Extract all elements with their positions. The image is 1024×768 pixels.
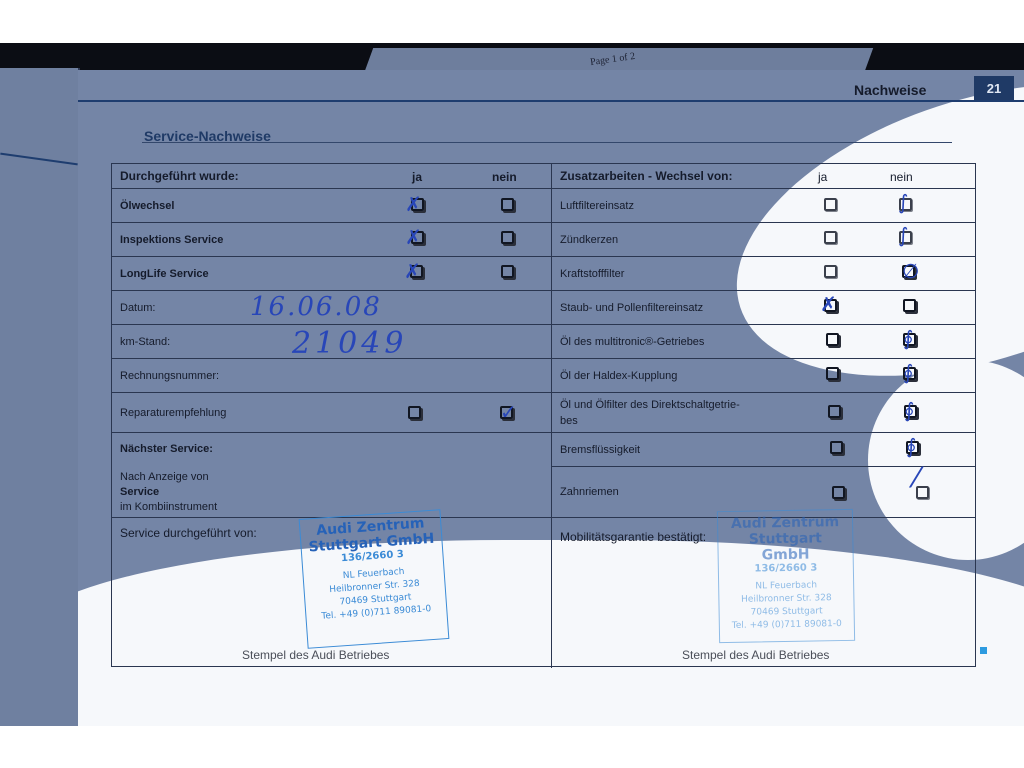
row-label-cont: bes: [560, 414, 578, 429]
checkbox-bremsfluessigkeit-ja[interactable]: [830, 441, 843, 454]
checkbox-luftfilter-nein[interactable]: [899, 198, 912, 211]
stamp-line: Stuttgart GmbH: [724, 530, 847, 564]
row-label: Inspektions Service: [112, 234, 223, 246]
row-label: Staub- und Pollenfiltereinsatz: [552, 302, 703, 314]
row-luftfilter: Luftfiltereinsatz: [552, 189, 976, 223]
naechster-service-line1: Nach Anzeige von: [120, 470, 209, 485]
checkbox-dsg-ja[interactable]: [828, 405, 841, 418]
row-zuendkerzen: Zündkerzen: [552, 223, 976, 257]
row-label: Öl und Ölfilter des Direktschaltgetrie-: [560, 398, 740, 413]
stamp-line: Heilbronner Str. 328: [725, 592, 847, 607]
checkbox-staubfilter-nein[interactable]: [903, 299, 916, 312]
stamp-caption-left: Stempel des Audi Betriebes: [242, 648, 389, 662]
stamp-caption-right: Stempel des Audi Betriebes: [682, 648, 829, 662]
left-page-rule: [0, 153, 78, 166]
checkbox-reparatur-nein[interactable]: [500, 406, 513, 419]
right-nein-header: nein: [890, 170, 913, 184]
naechster-service-line2: Service: [120, 485, 159, 500]
row-label: Öl des multitronic®-Getriebes: [552, 336, 704, 348]
checkbox-haldex-nein[interactable]: [903, 367, 916, 380]
checkbox-zuendkerzen-nein[interactable]: [899, 231, 912, 244]
left-ja-header: ja: [412, 170, 422, 184]
stamp-line: 136/2660 3: [725, 562, 847, 575]
left-header-label: Durchgeführt wurde:: [112, 169, 239, 183]
row-oelwechsel: Ölwechsel: [112, 189, 552, 223]
row-label: Kraftstofffilter: [552, 268, 624, 280]
dealer-stamp-right: Audi Zentrum Stuttgart GmbH 136/2660 3 N…: [717, 509, 855, 643]
checkbox-oelwechsel-nein[interactable]: [501, 198, 514, 211]
checkbox-oelwechsel-ja[interactable]: [411, 198, 424, 211]
checkbox-inspektion-ja[interactable]: [411, 231, 424, 244]
checkbox-longlife-ja[interactable]: [410, 265, 423, 278]
row-reparaturempfehlung: Reparaturempfehlung: [112, 393, 552, 433]
mobility-label: Mobilitätsgarantie bestätigt:: [560, 530, 706, 545]
rechnungsnummer-label: Rechnungsnummer:: [112, 370, 219, 382]
datum-label: Datum:: [112, 302, 155, 314]
page-number: 21: [974, 76, 1014, 100]
row-label: LongLife Service: [112, 268, 209, 280]
row-longlife: LongLife Service: [112, 257, 552, 291]
datum-value[interactable]: 16.06.08: [250, 292, 382, 322]
row-label: Zahnriemen: [552, 486, 619, 498]
right-header-label: Zusatzarbeiten - Wechsel von:: [552, 169, 732, 183]
checkbox-longlife-nein[interactable]: [501, 265, 514, 278]
checkbox-multitronic-ja[interactable]: [826, 333, 839, 346]
row-label: Öl der Haldex-Kupplung: [552, 370, 677, 382]
checkbox-inspektion-nein[interactable]: [501, 231, 514, 244]
checkbox-multitronic-nein[interactable]: [903, 333, 916, 346]
checkbox-kraftstoff-nein[interactable]: [902, 265, 915, 278]
left-page: [0, 68, 80, 726]
row-label: Ölwechsel: [112, 200, 174, 212]
checkbox-kraftstoff-ja[interactable]: [824, 265, 837, 278]
booklet-page: Nachweise 21 Service-Nachweise Durchgefü…: [78, 70, 1024, 726]
left-nein-header: nein: [492, 170, 517, 184]
header-rule: [78, 100, 1024, 102]
service-by-label: Service durchgeführt von:: [120, 526, 257, 541]
checkbox-reparatur-ja[interactable]: [408, 406, 421, 419]
checkbox-zahnriemen-nein[interactable]: [916, 486, 929, 499]
checkbox-zahnriemen-ja[interactable]: [832, 486, 845, 499]
right-ja-header: ja: [818, 170, 827, 184]
dealer-stamp-left: Audi Zentrum Stuttgart GmbH 136/2660 3 N…: [299, 509, 450, 649]
section-rule: [142, 142, 952, 143]
checkbox-luftfilter-ja[interactable]: [824, 198, 837, 211]
checkbox-zuendkerzen-ja[interactable]: [824, 231, 837, 244]
checkbox-staubfilter-ja[interactable]: [824, 299, 837, 312]
row-label: Bremsflüssigkeit: [552, 444, 640, 456]
checkbox-bremsfluessigkeit-nein[interactable]: [906, 441, 919, 454]
stamp-line: Audi Zentrum: [724, 514, 846, 532]
page-header-title: Nachweise: [854, 82, 926, 98]
page-bottom: [78, 660, 1024, 726]
row-inspektion: Inspektions Service: [112, 223, 552, 257]
checkbox-dsg-nein[interactable]: [904, 405, 917, 418]
page-marker-square: [980, 647, 987, 654]
row-label: Zündkerzen: [552, 234, 618, 246]
naechster-service-line3: im Kombiinstrument: [120, 500, 217, 515]
row-label: Luftfiltereinsatz: [552, 200, 634, 212]
km-stand-value[interactable]: 21049: [292, 326, 407, 361]
km-stand-label: km-Stand:: [112, 336, 170, 348]
row-rechnungsnummer: Rechnungsnummer:: [112, 359, 552, 393]
left-header-row: Durchgeführt wurde:: [112, 164, 552, 189]
reparaturempfehlung-label: Reparaturempfehlung: [112, 407, 226, 419]
checkbox-haldex-ja[interactable]: [826, 367, 839, 380]
naechster-service-label: Nächster Service:: [120, 442, 213, 457]
stamp-line: Tel. +49 (0)711 89081-0: [726, 618, 848, 633]
